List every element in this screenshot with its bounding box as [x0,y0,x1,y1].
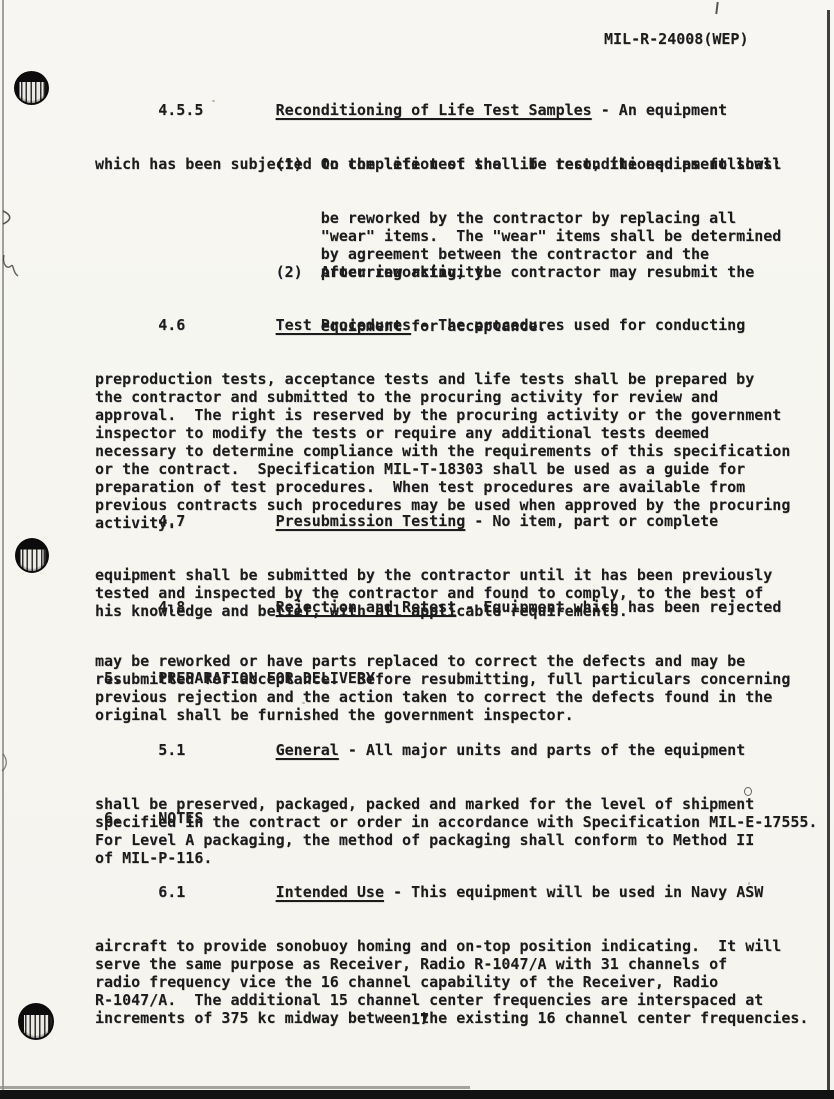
list-item-first-line: (2) After reworking, the contractor may … [95,263,754,281]
section-heading: Rejection and Retest [276,598,457,616]
page-left-edge-line [2,0,4,1099]
text-line: inspector to modify the tests or require… [95,424,790,442]
section-number-lead: 5.1 [95,741,276,759]
text-line: approval. The right is reserved by the p… [95,406,790,424]
pen-mark [1,252,23,280]
pen-mark [1,209,17,227]
list-marker-lead: (1) [95,155,321,173]
first-line-text: - All major units and parts of the equip… [339,741,745,759]
section-number-lead: 4.7 [95,512,276,530]
list-marker-lead: (2) [95,263,321,281]
text-line: be reworked by the contractor by replaci… [95,209,781,227]
first-line-text: After reworking, the contractor may resu… [321,263,754,281]
section-6-1: 6.1 Intended Use - This equipment will b… [95,847,808,1063]
paragraph-first-line: 6.1 Intended Use - This equipment will b… [95,883,808,901]
paragraph-first-line: 4.6 Test Procedures - The procedures use… [95,316,790,334]
scan-bottom-bar [0,1090,834,1099]
first-line-text: - An equipment [592,101,727,119]
section-5-title: 5. PREPARATION FOR DELIVERY [95,669,375,687]
section-number-lead: 4.8 [95,598,276,616]
section-heading: Intended Use [276,883,384,901]
paragraph-first-line: 4.8 Rejection and Retest - Equipment whi… [95,598,790,616]
first-line-text: - The procedures used for conducting [411,316,745,334]
first-line-text: - No item, part or complete [465,512,718,530]
first-line-text: - This equipment will be used in Navy AS… [384,883,763,901]
section-number-lead: 4.6 [95,316,276,334]
page-right-edge-line [827,10,830,1092]
spec-code-header: MIL-R-24008(WEP) [604,30,749,48]
text-line: R-1047/A. The additional 15 channel cent… [95,991,808,1009]
paragraph-lines: aircraft to provide sonobuoy homing and … [95,937,808,1027]
section-heading: General [276,741,339,759]
text-line: increments of 375 kc midway between the … [95,1009,808,1027]
first-line-text: - Equipment which has been rejected [456,598,781,616]
section-heading: Test Procedures [276,316,411,334]
text-line: aircraft to provide sonobuoy homing and … [95,937,808,955]
section-heading: Presubmission Testing [276,512,466,530]
scan-smear [0,1086,470,1089]
paragraph-first-line: 5.1 General - All major units and parts … [95,741,817,759]
paragraph-first-line: 4.5.5 Reconditioning of Life Test Sample… [95,101,781,119]
section-heading: Reconditioning of Life Test Samples [276,101,592,119]
section-number-lead: 4.5.5 [95,101,276,119]
first-line-text: On completion of the life test, the equi… [321,155,782,173]
text-line: previous rejection and the action taken … [95,688,790,706]
section-6-title: 6. NOTES [95,809,203,827]
text-line: preproduction tests, acceptance tests an… [95,370,790,388]
list-item-first-line: (1) On completion of the life test, the … [95,155,781,173]
pen-mark [0,752,14,774]
text-line: may be reworked or have parts replaced t… [95,652,790,670]
hole-punch-middle [15,538,49,573]
text-line: the contractor and submitted to the proc… [95,388,790,406]
hole-punch-bottom [18,1003,54,1040]
text-line: radio frequency vice the 16 channel capa… [95,973,808,991]
section-number-lead: 6.1 [95,883,276,901]
scanned-document-page: MIL-R-24008(WEP) 4.5.5 Reconditioning of… [0,0,834,1099]
page-number: 17 [411,1010,429,1028]
hole-punch-top [14,71,49,105]
scan-tick-mark [715,2,718,14]
text-line: serve the same purpose as Receiver, Radi… [95,955,808,973]
paragraph-first-line: 4.7 Presubmission Testing - No item, par… [95,512,772,530]
text-line: necessary to determine compliance with t… [95,442,790,460]
